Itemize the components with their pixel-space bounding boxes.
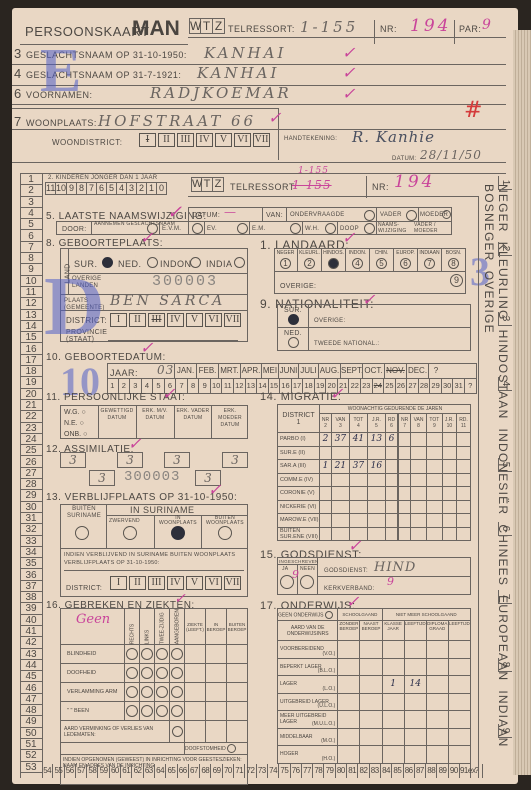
row-number: 40 xyxy=(20,615,42,626)
migratie-table: DISTRICT1 WOONACHTIG GEDURENDE DE JAREN … xyxy=(277,404,471,541)
telressort2-struck: 1-155 xyxy=(292,178,332,192)
firstnames-value: RADJKOEMAR xyxy=(150,84,292,102)
bottom-number: 65 xyxy=(166,764,177,778)
gebreken-table: Geen RECHTS LINKS TWEE-ZIJDIG AANGEBOREN… xyxy=(60,608,248,785)
month-option[interactable]: DEC. xyxy=(406,363,428,378)
kinderen-boxes: 11 10 9 8 7 6 5 4 3 2 1 0 xyxy=(45,182,167,195)
row-number: 53 xyxy=(20,762,42,773)
row-number: 29 xyxy=(20,490,42,501)
landaard-option[interactable]: INDON.4 xyxy=(346,248,370,271)
side-tab[interactable]: 3 xyxy=(498,312,512,326)
row-number: 12 xyxy=(20,298,42,309)
bottom-number: 84 xyxy=(381,764,392,778)
row-number: 50 xyxy=(20,728,42,739)
row-number: 6 xyxy=(20,231,42,242)
signature-label: HANDTEKENING: xyxy=(284,136,337,143)
month-option[interactable]: APR. xyxy=(240,363,261,378)
onderwijs-table: GEEN ONDERWIJS SCHOOLGAAND NIET MEER SCH… xyxy=(277,608,471,764)
row-number: 20 xyxy=(20,389,42,400)
bottom-number: 55 xyxy=(53,764,64,778)
side-tab[interactable]: 5 xyxy=(498,458,512,472)
telressort-value: 1-155 xyxy=(300,18,358,36)
row-number: 10 xyxy=(20,276,42,287)
bottom-number: 58 xyxy=(87,764,98,778)
row-number: 1 xyxy=(20,174,42,185)
signature-value: R. Kanhie xyxy=(352,128,435,146)
migratie-row: COMM.E (IV) xyxy=(278,473,471,487)
row-number: 3 xyxy=(20,197,42,208)
woondistrict-VI[interactable]: VI xyxy=(234,133,251,147)
day-option[interactable]: 10 xyxy=(211,378,223,394)
person-card: PERSOONSKAART MAN W T Z TELRESSORT: 1-15… xyxy=(12,8,518,784)
par-value: 9 xyxy=(482,17,494,33)
onderwijs-row: LAGER(L.O.)114 xyxy=(278,676,471,694)
gender-label: MAN xyxy=(132,17,180,41)
row-number: 8 xyxy=(20,253,42,264)
row-number: 16 xyxy=(20,344,42,355)
onderwijs-row: UITGEBREID LAGER(U.L.O.) xyxy=(278,693,471,711)
row-number: 46 xyxy=(20,683,42,694)
stamp-letter-d: D xyxy=(44,258,105,355)
bottom-number: ? xyxy=(471,764,482,778)
row-number: 5 xyxy=(20,219,42,230)
surname-1950-value: KANHAI xyxy=(204,44,286,62)
stamp-letter-e: E xyxy=(40,36,81,107)
bottom-number: 66 xyxy=(178,764,189,778)
par-label: PAR: xyxy=(459,24,481,34)
row-number: 42 xyxy=(20,637,42,648)
migratie-row: NICKERIE (VI) xyxy=(278,500,471,514)
geburtsplaats-value: BEN SARCA xyxy=(110,293,225,309)
row-number: 30 xyxy=(20,502,42,513)
migratie-row: PARBO (I)23741136 xyxy=(278,433,471,447)
geboorteplaats-india-radio[interactable] xyxy=(234,257,245,268)
bottom-number: 60 xyxy=(110,764,121,778)
day-option[interactable]: 23 xyxy=(361,378,373,394)
month-option[interactable]: OCT. xyxy=(362,363,384,378)
row-number: 35 xyxy=(20,558,42,569)
day-option[interactable]: 22 xyxy=(349,378,361,394)
row-number: 11 xyxy=(20,287,42,298)
side-tab[interactable]: 2 xyxy=(498,242,512,256)
row-number: 7 xyxy=(20,242,42,253)
row-number: 23 xyxy=(20,423,42,434)
row-number: 37 xyxy=(20,581,42,592)
migratie-row: CORONIE (V) xyxy=(278,487,471,501)
row-number: 27 xyxy=(20,468,42,479)
bottom-number: 74 xyxy=(268,764,279,778)
row-number: 26 xyxy=(20,457,42,468)
side-strip-labels: NEGER KLEURLING HINDOSTAAN INDONESIËR CH… xyxy=(482,184,510,784)
red-hash-mark: # xyxy=(464,98,485,123)
row-number: 39 xyxy=(20,603,42,614)
day-option[interactable]: 13 xyxy=(246,378,258,394)
bottom-number: 62 xyxy=(132,764,143,778)
nationaliteit-sur-radio[interactable] xyxy=(288,314,299,325)
nr2-label: NR: xyxy=(372,182,389,192)
month-option[interactable]: MRT. xyxy=(218,363,240,378)
row-number: 34 xyxy=(20,547,42,558)
bottom-number: 67 xyxy=(189,764,200,778)
bottom-number: 59 xyxy=(98,764,109,778)
godsdienst-value: HIND xyxy=(374,560,416,575)
telressort2-value: 1-155 xyxy=(298,166,329,176)
row-number: 18 xyxy=(20,366,42,377)
row-number: 33 xyxy=(20,536,42,547)
day-option[interactable]: 28 xyxy=(419,378,431,394)
woonplaats-label: WOONPLAATS: xyxy=(26,118,97,128)
geboorteplaats-indon-radio[interactable] xyxy=(190,257,201,268)
side-tab[interactable]: 9 xyxy=(498,724,512,738)
bottom-number: 73 xyxy=(257,764,268,778)
day-option[interactable]: 11 xyxy=(222,378,234,394)
gebreken-row: " " BEEN xyxy=(61,702,248,721)
woondistrict-I[interactable]: I xyxy=(139,133,156,147)
month-option[interactable]: MEI xyxy=(261,363,278,378)
row-number: 49 xyxy=(20,716,42,727)
side-tab[interactable]: 7 xyxy=(498,590,512,604)
row-number: 36 xyxy=(20,570,42,581)
day-option[interactable]: 9 xyxy=(199,378,211,394)
bottom-number: 54 xyxy=(42,764,53,778)
row-number: 22 xyxy=(20,411,42,422)
bottom-number: 79 xyxy=(324,764,335,778)
onderwijs-row: HOGER(H.O.) xyxy=(278,746,471,764)
row-number: 13 xyxy=(20,310,42,321)
bottom-number: 64 xyxy=(155,764,166,778)
row-number: 25 xyxy=(20,445,42,456)
bottom-number: 72 xyxy=(245,764,256,778)
row-number: 15 xyxy=(20,332,42,343)
bottom-number: 85 xyxy=(392,764,403,778)
bottom-number: 69 xyxy=(211,764,222,778)
nr-label: NR: xyxy=(380,24,397,34)
landaard-option[interactable]: BOSN.8 xyxy=(442,248,466,271)
gebreken-row: BLINDHEID xyxy=(61,645,248,664)
bottom-number: 71 xyxy=(234,764,245,778)
bottom-number: 90 xyxy=(449,764,460,778)
bottom-number: 89 xyxy=(437,764,448,778)
landaard-option[interactable]: EUROP.6 xyxy=(394,248,418,271)
nr-value: 194 xyxy=(410,16,451,36)
day-option[interactable]: 8 xyxy=(188,378,200,394)
row-number: 24 xyxy=(20,434,42,445)
month-option[interactable]: JUNI xyxy=(278,363,298,378)
geboorteplaats-district-boxes: I II III IV V VI VII xyxy=(110,313,243,327)
row-number: 19 xyxy=(20,377,42,388)
migratie-row: BUITEN SUR.ENE (VIII) xyxy=(278,527,471,541)
date-value: 28/11/50 xyxy=(420,148,482,162)
bottom-number: 57 xyxy=(76,764,87,778)
geboortedatum-jaar: 03 xyxy=(157,363,174,377)
day-option[interactable]: 31 xyxy=(453,378,465,394)
bottom-number: 68 xyxy=(200,764,211,778)
month-option[interactable]: SEPT. xyxy=(340,363,362,378)
bottom-number: 61 xyxy=(121,764,132,778)
woondistrict-II[interactable]: II xyxy=(158,133,175,147)
bottom-number: 87 xyxy=(415,764,426,778)
bottom-number: 75 xyxy=(279,764,290,778)
bottom-number: 88 xyxy=(426,764,437,778)
nr2-value: 194 xyxy=(394,172,435,192)
row-number: 32 xyxy=(20,524,42,535)
bottom-number: 83 xyxy=(370,764,381,778)
stamp-code-1: 300003 xyxy=(152,273,218,290)
naamswijziging-datum: — xyxy=(224,205,239,219)
migratie-row: MAROW.E (VII) xyxy=(278,514,471,528)
row-number: 21 xyxy=(20,400,42,411)
woondistrict-V[interactable]: V xyxy=(215,133,232,147)
day-option[interactable]: 26 xyxy=(396,378,408,394)
woondistrict-boxes: I II III IV V VI VII xyxy=(139,133,272,147)
woondistrict-III[interactable]: III xyxy=(177,133,194,147)
bottom-number-row: 5455565758596061626364656667686970717273… xyxy=(42,764,483,778)
landaard-option[interactable]: CHIN.5 xyxy=(370,248,394,271)
telressort-label: TELRESSORT: xyxy=(228,24,295,34)
row-number: 51 xyxy=(20,739,42,750)
verblijf-district-boxes: I II III IV V VI VII xyxy=(110,576,243,590)
bottom-number: 76 xyxy=(291,764,302,778)
landaard-option[interactable]: NEGER1 xyxy=(274,248,298,271)
day-option[interactable]: ? xyxy=(465,378,477,394)
row-number: 31 xyxy=(20,513,42,524)
bottom-number: 86 xyxy=(404,764,415,778)
woondistrict-IV[interactable]: IV xyxy=(196,133,213,147)
row-number: 45 xyxy=(20,671,42,682)
row-number: 43 xyxy=(20,649,42,660)
bottom-number: 56 xyxy=(65,764,76,778)
day-option[interactable]: 12 xyxy=(234,378,246,394)
gebreken-row: VERLAMMING ARM xyxy=(61,683,248,702)
geboorteplaats-ned-radio[interactable] xyxy=(147,257,158,268)
nationaliteit-ned-radio[interactable] xyxy=(288,337,299,348)
row-number: 47 xyxy=(20,694,42,705)
row-number: 41 xyxy=(20,626,42,637)
woondistrict-label: WOONDISTRICT: xyxy=(52,138,123,147)
onderwijs-row: MEER UITGEBREID LAGER(M.U.L.O.) xyxy=(278,711,471,729)
row-number: 28 xyxy=(20,479,42,490)
day-option[interactable]: 29 xyxy=(430,378,442,394)
bottom-number: 77 xyxy=(302,764,313,778)
month-option[interactable]: AUG. xyxy=(318,363,340,378)
side-tab[interactable]: 6 xyxy=(498,522,512,536)
month-option[interactable]: FEB. xyxy=(196,363,218,378)
migratie-row: SUR.E (II) xyxy=(278,446,471,460)
bottom-number: 63 xyxy=(144,764,155,778)
side-tab[interactable]: 8 xyxy=(498,658,512,672)
side-tab[interactable]: 1 xyxy=(498,176,512,190)
day-option[interactable]: 25 xyxy=(384,378,396,394)
month-option[interactable]: NOV. xyxy=(384,363,406,378)
row-number: 38 xyxy=(20,592,42,603)
row-number: 14 xyxy=(20,321,42,332)
row-number: 9 xyxy=(20,264,42,275)
month-option[interactable]: ? xyxy=(428,363,443,378)
row-number: 2 xyxy=(20,185,42,196)
landaard-option[interactable]: KLEURL.2 xyxy=(298,248,322,271)
bottom-number: 82 xyxy=(358,764,369,778)
day-option[interactable]: 24 xyxy=(373,378,385,394)
onderwijs-row: VOORBEREIDEND(V.O.) xyxy=(278,641,471,659)
row-number: 52 xyxy=(20,750,42,761)
onderwijs-row: BEPERKT LAGER(B.L.O.) xyxy=(278,658,471,676)
month-option[interactable]: JAN. xyxy=(174,363,196,378)
row-number: 17 xyxy=(20,355,42,366)
card-stack-edge xyxy=(513,30,531,775)
row-number: 48 xyxy=(20,705,42,716)
row-number: 4 xyxy=(20,208,42,219)
side-tab[interactable]: 4 xyxy=(498,377,512,391)
migratie-row: SAR.A (III)1213716 xyxy=(278,460,471,474)
bottom-number: 78 xyxy=(313,764,324,778)
telressort2-label: TELRESSORT xyxy=(230,182,295,192)
day-option[interactable]: 30 xyxy=(442,378,454,394)
bottom-number: 91ex xyxy=(460,764,471,778)
onderwijs-row: MIDDELBAAR(M.O.) xyxy=(278,728,471,746)
bottom-number: 81 xyxy=(347,764,358,778)
bottom-number: 70 xyxy=(223,764,234,778)
landaard-option[interactable]: INDIAAN7 xyxy=(418,248,442,271)
woonplaats-value: HOFSTRAAT 66 xyxy=(98,112,256,130)
wtz-boxes-2: W T Z xyxy=(191,177,224,192)
stamp-code-2: 300003 xyxy=(124,469,180,485)
day-option[interactable]: 27 xyxy=(407,378,419,394)
month-option[interactable]: JULI xyxy=(298,363,318,378)
landaard-option[interactable]: HINDOS.3 xyxy=(322,248,346,271)
wtz-boxes: W T Z xyxy=(189,18,225,34)
surname-1921-value: KANHAI xyxy=(197,64,279,82)
gebreken-row: DOOFHEID xyxy=(61,664,248,683)
kinderen-label: 2. KINDEREN JONGER DAN 1 JAAR xyxy=(48,175,157,182)
bottom-number: 80 xyxy=(336,764,347,778)
woondistrict-VII[interactable]: VII xyxy=(253,133,270,147)
row-number: 44 xyxy=(20,660,42,671)
